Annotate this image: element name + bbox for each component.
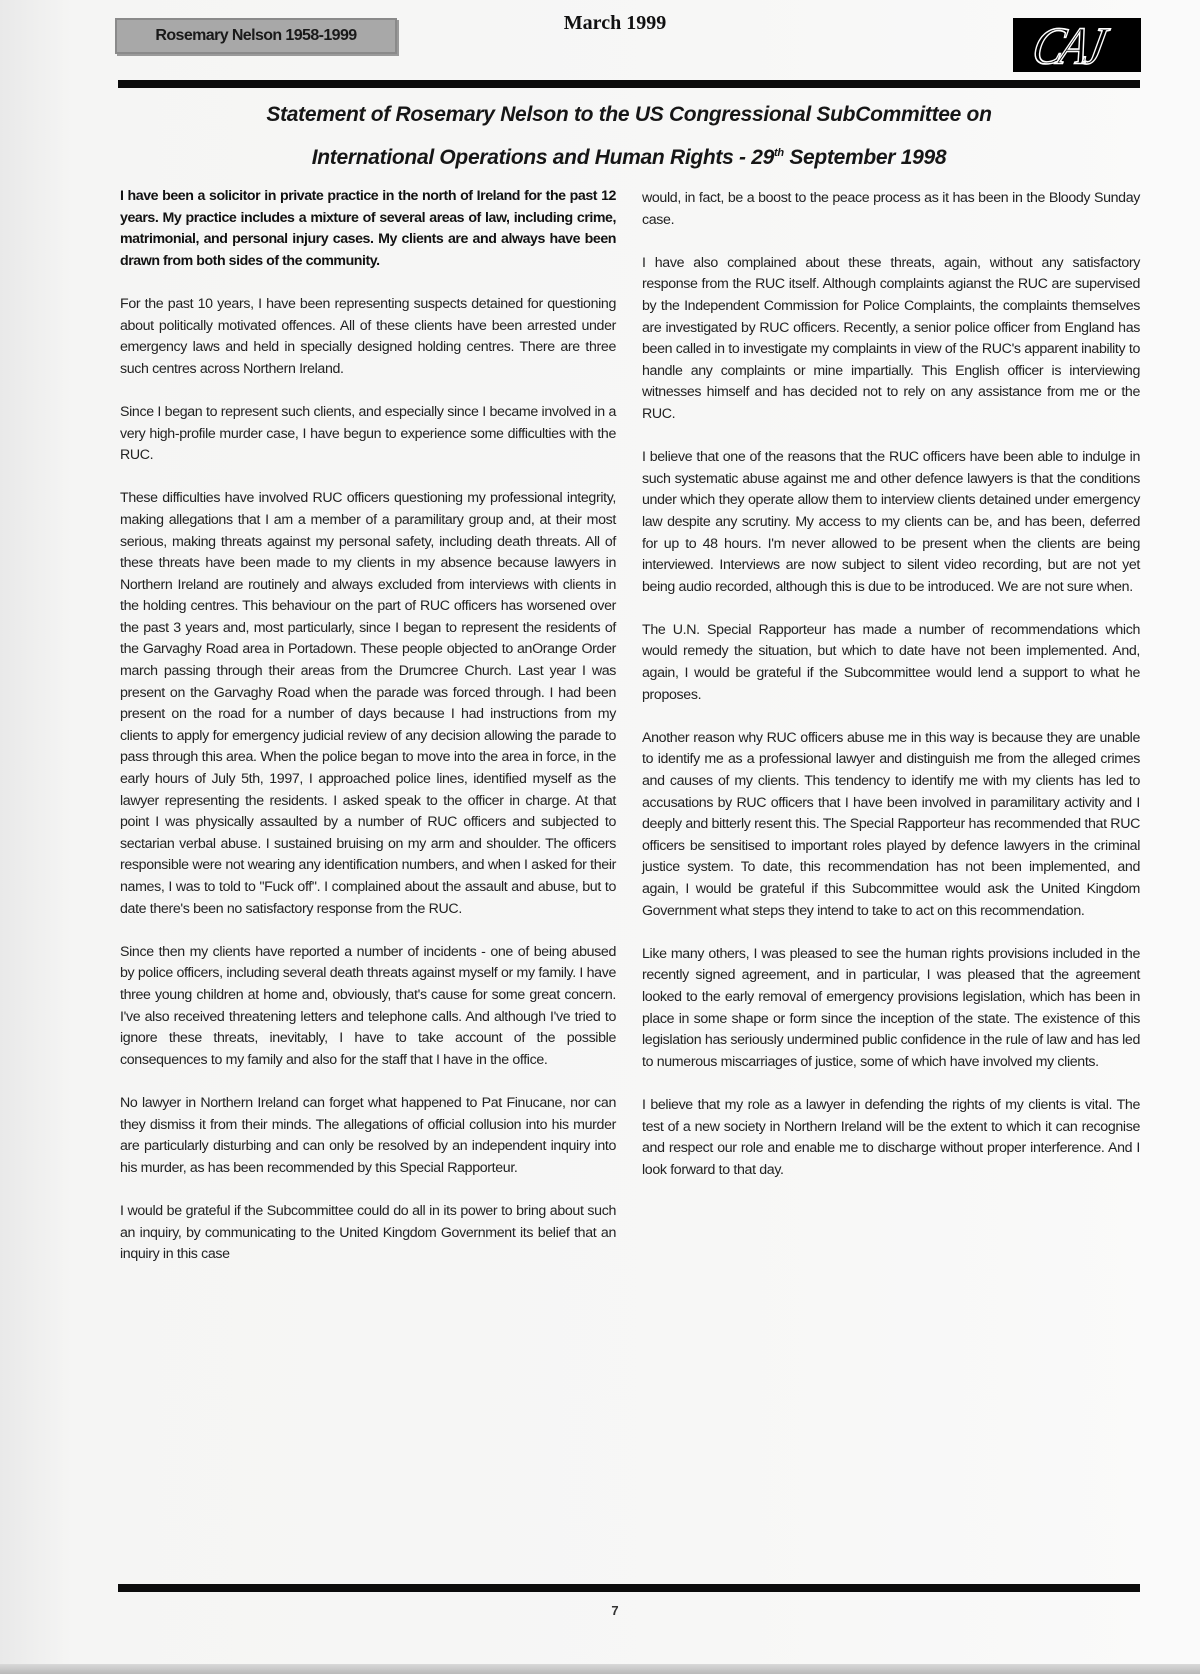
paragraph: Like many others, I was pleased to see t… — [642, 944, 1140, 1074]
paragraph: would, in fact, be a boost to the peace … — [642, 188, 1140, 231]
paragraph: Since then my clients have reported a nu… — [120, 942, 616, 1072]
paragraph: I have also complained about these threa… — [642, 253, 1140, 426]
title-line-2: International Operations and Human Right… — [118, 134, 1140, 177]
paragraph: No lawyer in Northern Ireland can forget… — [120, 1093, 616, 1179]
paragraph: Since I began to represent such clients,… — [120, 402, 616, 467]
scan-edge — [0, 1664, 1200, 1674]
header-tag: Rosemary Nelson 1958-1999 — [115, 18, 397, 54]
issue-date: March 1999 — [540, 12, 690, 35]
document-page: Rosemary Nelson 1958-1999 March 1999 CAJ… — [0, 0, 1200, 1674]
paragraph: I would be grateful if the Subcommittee … — [120, 1201, 616, 1266]
top-divider — [118, 80, 1140, 88]
page-number: 7 — [600, 1603, 630, 1618]
paragraph: These difficulties have involved RUC off… — [120, 488, 616, 920]
caj-logo-text: CAJ — [1028, 18, 1108, 72]
paragraph: I believe that one of the reasons that t… — [642, 447, 1140, 598]
paragraph: Another reason why RUC officers abuse me… — [642, 728, 1140, 922]
bottom-divider — [118, 1584, 1140, 1592]
right-column: would, in fact, be a boost to the peace … — [642, 188, 1140, 1181]
title-line-1: Statement of Rosemary Nelson to the US C… — [118, 96, 1140, 134]
paragraph: For the past 10 years, I have been repre… — [120, 294, 616, 380]
caj-logo: CAJ — [1013, 18, 1141, 72]
paragraph: The U.N. Special Rapporteur has made a n… — [642, 620, 1140, 706]
page-title: Statement of Rosemary Nelson to the US C… — [118, 96, 1140, 177]
header-tag-text: Rosemary Nelson 1958-1999 — [155, 27, 356, 45]
left-column: I have been a solicitor in private pract… — [120, 186, 616, 1266]
paragraph: I believe that my role as a lawyer in de… — [642, 1095, 1140, 1181]
paragraph: I have been a solicitor in private pract… — [120, 186, 616, 272]
